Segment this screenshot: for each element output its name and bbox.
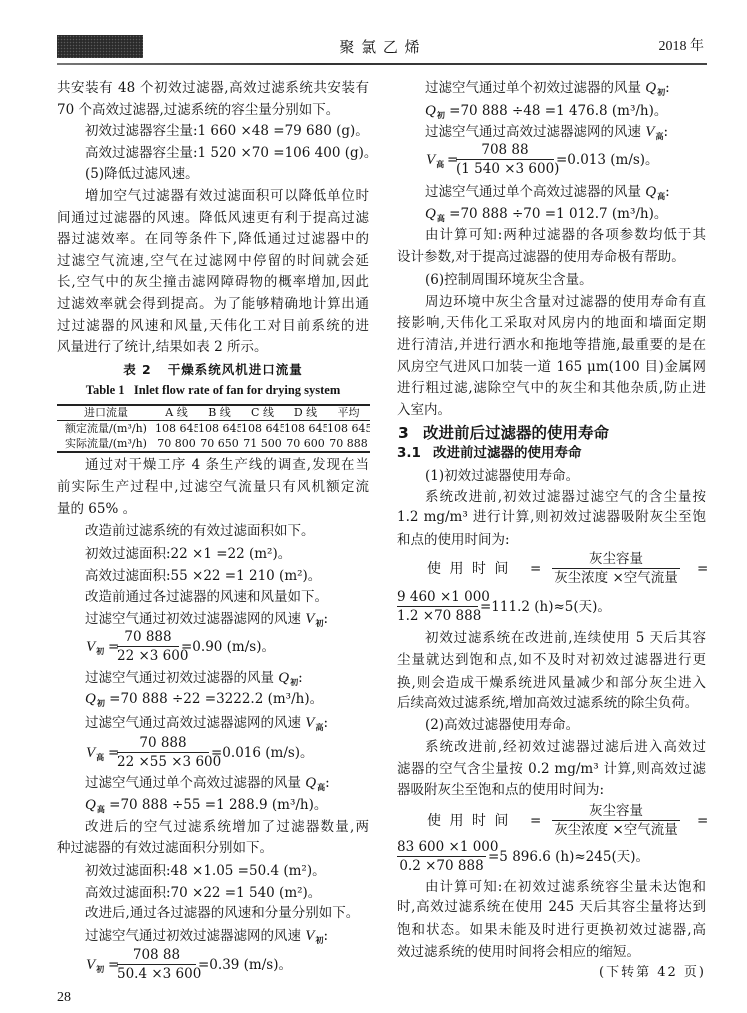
formula-lhs: V高 bbox=[426, 150, 444, 170]
header-cell: 进口流量 bbox=[57, 405, 155, 421]
variable-subscript: 初 bbox=[437, 110, 445, 120]
text-line: 接影响,天伟化工采取对风房内的地面和墙面定期 bbox=[397, 313, 706, 333]
header-cell: B 线 bbox=[198, 405, 241, 421]
denominator: 50.4 ×3 600 bbox=[117, 966, 196, 983]
fraction-bar bbox=[117, 752, 209, 753]
q-gao-equation: Q高 =70 888 ÷70 =1 012.7 (m³/h)。 bbox=[425, 204, 706, 224]
text-line: 效过滤系统的使用时间将会相应的缩短。 bbox=[397, 942, 706, 962]
table-cell: 70 600 bbox=[284, 436, 327, 452]
journal-title: 聚 氯 乙 烯 bbox=[330, 37, 430, 57]
variable-symbol: Q bbox=[85, 691, 96, 707]
text-line: 量的 65% 。 bbox=[57, 499, 369, 519]
text-line: 尘量就达到饱和点,如不及时对初效过滤器进行更 bbox=[397, 650, 706, 670]
formula-lhs: V初 bbox=[86, 955, 104, 975]
subheading-1: (1)初效过滤器使用寿命。 bbox=[425, 466, 706, 486]
fraction-bar bbox=[397, 606, 478, 607]
text-line: 系统改进前,初效过滤器过滤空气的含尘量按 bbox=[425, 487, 706, 507]
text-line: 共安装有 48 个初效过滤器,高效过滤系统共安装有 bbox=[57, 78, 369, 98]
variable-symbol: Q bbox=[305, 775, 316, 791]
table-cell: 108 645 bbox=[241, 421, 284, 437]
variable-subscript: 高 bbox=[657, 191, 665, 201]
fraction-bar bbox=[117, 646, 179, 647]
formula-calc-1: 9 460 ×1 000 1.2 ×70 888 =111.2 (h)≈5(天)… bbox=[0, 589, 747, 625]
variable-symbol: V bbox=[305, 928, 314, 944]
table-caption-en: Table 1 Inlet flow rate of fan for dryin… bbox=[57, 381, 369, 399]
label-colon: : bbox=[323, 928, 328, 944]
equals-sign: = bbox=[697, 811, 708, 831]
variable-subscript: 初 bbox=[290, 677, 298, 687]
variable-symbol: Q bbox=[425, 206, 436, 222]
equals-sign: = bbox=[530, 811, 541, 831]
denominator: 22 ×3 600 bbox=[117, 648, 179, 665]
table-cell: 70 650 bbox=[198, 436, 241, 452]
label-text: 过滤空气通过初效过滤器滤网的风速 bbox=[85, 928, 305, 944]
equals-sign: = bbox=[530, 559, 541, 579]
label-colon: : bbox=[665, 184, 670, 200]
variable-symbol: V bbox=[426, 152, 435, 168]
formula-v-gao: V高 = 708 88 (1 540 ×3 600) =0.013 (m/s)。 bbox=[0, 142, 747, 178]
text-line: 初效过滤系统在改进前,连续使用 5 天后其容 bbox=[425, 628, 706, 648]
text-line: 换,则会造成干燥系统进风量减少和部分灰尘进入 bbox=[397, 673, 706, 693]
numerator: 9 460 ×1 000 bbox=[397, 589, 478, 606]
text-line: 长,空气中的灰尘撞击滤网障碍物的概率增加,因此 bbox=[57, 272, 369, 292]
text-line: 70 个高效过滤器,过滤系统的容尘量分别如下。 bbox=[57, 100, 369, 120]
text-line: 过滤空气流速,空气在过滤网中停留的时间就会延 bbox=[57, 251, 369, 271]
fraction: 708 88 (1 540 ×3 600) bbox=[456, 142, 554, 178]
continued-on-page-note: (下转第 42 页) bbox=[590, 963, 706, 983]
table-header-row: 进口流量 A 线 B 线 C 线 D 线 平均 bbox=[57, 405, 370, 421]
formula-lhs: V初 bbox=[86, 637, 104, 657]
subheading-2: (2)高效过滤器使用寿命。 bbox=[425, 715, 706, 735]
fraction: 灰尘容量 灰尘浓度 ×空气流量 bbox=[552, 551, 680, 587]
formula-calc-2: 83 600 ×1 000 0.2 ×70 888 =5 896.6 (h)≈2… bbox=[0, 839, 747, 875]
journal-page: 聚 氯 乙 烯 2018 年 共安装有 48 个初效过滤器,高效过滤系统共安装有… bbox=[0, 0, 747, 1013]
text-line: 初效过滤器容尘量:1 660 ×48 =79 680 (g)。 bbox=[85, 121, 369, 141]
formula-lhs: V高 bbox=[86, 743, 104, 763]
variable-symbol: Q bbox=[645, 80, 656, 96]
text-line: 改进后,通过各过滤器的风速和分量分别如下。 bbox=[85, 903, 369, 923]
numerator: 70 888 bbox=[117, 735, 209, 752]
formula-result: =111.2 (h)≈5(天)。 bbox=[480, 597, 611, 617]
text-line: 进行清洁,并进行洒水和拖地等措施,最重要的是在 bbox=[397, 335, 706, 355]
row-label: 额定流量/(m³/h) bbox=[57, 421, 155, 437]
q-chu-equation: Q初 =70 888 ÷48 =1 476.8 (m³/h)。 bbox=[425, 101, 706, 121]
text-line: 周边环境中灰尘含量对过滤器的使用寿命有直 bbox=[425, 292, 706, 312]
section-3-number: 3 bbox=[398, 423, 409, 443]
section-3-1-title: 改进前过滤器的使用寿命 bbox=[433, 443, 582, 463]
numerator: 灰尘容量 bbox=[552, 551, 680, 568]
journal-year: 2018 年 bbox=[630, 37, 704, 57]
table-cell: 108 645 bbox=[284, 421, 327, 437]
variable-subscript: 高 bbox=[437, 213, 445, 223]
label-colon: : bbox=[663, 124, 668, 140]
q-chu-flow-label: 过滤空气通过单个初效过滤器的风量 Q初: bbox=[425, 78, 706, 98]
formula-result: =5 896.6 (h)≈245(天)。 bbox=[488, 847, 649, 867]
label-text: 过滤空气通过单个高效过滤器的风量 bbox=[85, 775, 305, 791]
equation-expression: =70 888 ÷70 =1 012.7 (m³/h)。 bbox=[445, 206, 668, 222]
formula-result: =0.016 (m/s)。 bbox=[211, 743, 314, 763]
variable-symbol: V bbox=[86, 957, 95, 973]
fraction: 灰尘容量 灰尘浓度 ×空气流量 bbox=[552, 803, 680, 839]
denominator: 1.2 ×70 888 bbox=[397, 608, 478, 625]
text-line: 1.2 mg/m³ 进行计算,则初效过滤器吸附灰尘至饱 bbox=[397, 507, 706, 527]
equation-expression: =70 888 ÷22 =3222.2 (m³/h)。 bbox=[105, 691, 323, 707]
fraction-bar bbox=[552, 568, 680, 569]
variable-subscript: 高 bbox=[436, 159, 444, 169]
text-line: 由计算可知:在初效过滤系统容尘量未达饱和 bbox=[425, 877, 706, 897]
table-cell: 108 645 bbox=[198, 421, 241, 437]
text-line: 器过滤效率。在同等条件下,降低通过过滤器中的 bbox=[57, 229, 369, 249]
variable-symbol: Q bbox=[278, 670, 289, 686]
text-line: 进行粗过滤,滤除空气中的灰尘和其他杂质,防止进 bbox=[397, 378, 706, 398]
formula-result: =0.90 (m/s)。 bbox=[181, 637, 275, 657]
section-3-1-number: 3.1 bbox=[397, 443, 421, 463]
formula-lhs: 使 用 时 间 bbox=[427, 559, 510, 579]
denominator: 灰尘浓度 ×空气流量 bbox=[552, 570, 680, 587]
text-line: 器吸附灰尘至饱和点的使用时间为: bbox=[397, 780, 706, 800]
variable-subscript: 初 bbox=[96, 964, 104, 974]
q-gao-flow-label: 过滤空气通过单个高效过滤器的风量 Q高: bbox=[85, 773, 369, 793]
table-cell: 108 645 bbox=[327, 421, 370, 437]
table-cell: 108 645 bbox=[155, 421, 198, 437]
label-text: 过滤空气通过初效过滤器的风量 bbox=[85, 670, 278, 686]
fraction: 83 600 ×1 000 0.2 ×70 888 bbox=[397, 839, 486, 875]
label-text: 过滤空气通过单个初效过滤器的风量 bbox=[425, 80, 645, 96]
page-number: 28 bbox=[57, 988, 71, 1008]
denominator: 0.2 ×70 888 bbox=[397, 858, 486, 875]
text-line: 过滤效率就会得到提高。为了能够精确地计算出通 bbox=[57, 294, 369, 314]
text-line: 由计算可知:两种过滤器的各项参数均低于其 bbox=[425, 225, 706, 245]
variable-subscript: 初 bbox=[657, 87, 665, 97]
text-line: 高效过滤面积:70 ×22 =1 540 (m²)。 bbox=[85, 883, 369, 903]
label-text: 过滤空气通过高效过滤器滤网的风速 bbox=[85, 715, 305, 731]
v-gao-speed-label: 过滤空气通过高效过滤器滤网的风速 V高: bbox=[85, 713, 369, 733]
text-line: 风量进行了统计,结果如表 2 所示。 bbox=[57, 337, 369, 357]
label-colon: : bbox=[325, 775, 330, 791]
fraction: 9 460 ×1 000 1.2 ×70 888 bbox=[397, 589, 478, 625]
formula-result: =0.39 (m/s)。 bbox=[198, 955, 292, 975]
label-colon: : bbox=[298, 670, 303, 686]
label-colon: : bbox=[665, 80, 670, 96]
q-chu-flow-label: 过滤空气通过初效过滤器的风量 Q初: bbox=[85, 668, 369, 688]
q-chu-equation: Q初 =70 888 ÷22 =3222.2 (m³/h)。 bbox=[85, 689, 369, 709]
variable-symbol: Q bbox=[645, 184, 656, 200]
text-line: 系统改进前,经初效过滤器过滤后进入高效过 bbox=[425, 737, 706, 757]
formula-result: =0.013 (m/s)。 bbox=[556, 150, 659, 170]
table-row: 实际流量/(m³/h) 70 800 70 650 71 500 70 600 … bbox=[57, 436, 370, 452]
text-line: 风房空气进风口加装一道 165 μm(100 目)金属网 bbox=[397, 357, 706, 377]
text-line: 入室内。 bbox=[397, 400, 706, 420]
variable-subscript: 高 bbox=[317, 782, 325, 792]
text-line: 时,高效过滤系统在使用 245 天后其容尘量将达到 bbox=[397, 897, 706, 917]
equation-expression: =70 888 ÷48 =1 476.8 (m³/h)。 bbox=[445, 103, 668, 119]
numerator: 70 888 bbox=[117, 629, 179, 646]
label-colon: : bbox=[323, 715, 328, 731]
table-cell: 70 888 bbox=[327, 436, 370, 452]
header-divider bbox=[57, 63, 707, 65]
label-text: 过滤空气通过高效过滤器滤网的风速 bbox=[425, 124, 645, 140]
formula-lhs: 使 用 时 间 bbox=[427, 811, 510, 831]
formula-service-time-2: 使 用 时 间 = 灰尘容量 灰尘浓度 ×空气流量 = bbox=[0, 803, 747, 839]
text-line: 通过对干燥工序 4 条生产线的调查,发现在当 bbox=[85, 455, 369, 475]
text-line: 间通过过滤器的风速。降低风速更有利于提高过滤 bbox=[57, 208, 369, 228]
section-3-title: 改进前后过滤器的使用寿命 bbox=[423, 423, 609, 443]
fraction-bar bbox=[456, 159, 554, 160]
fraction-bar bbox=[552, 820, 680, 821]
fraction: 70 888 22 ×3 600 bbox=[117, 629, 179, 665]
text-line: 滤器的空气含尘量按 0.2 mg/m³ 计算,则高效过滤 bbox=[397, 759, 706, 779]
text-line: 前实际生产过程中,过滤空气流量只有风机额定流 bbox=[57, 477, 369, 497]
table-cell: 70 800 bbox=[155, 436, 198, 452]
text-line: 过过滤器的风速和风量,天伟化工对目前系统的进 bbox=[57, 316, 369, 336]
numerator: 灰尘容量 bbox=[552, 803, 680, 820]
equals-sign: = bbox=[697, 559, 708, 579]
v-chu-speed-label-2: 过滤空气通过初效过滤器滤网的风速 V初: bbox=[85, 926, 369, 946]
row-label: 实际流量/(m³/h) bbox=[57, 436, 155, 452]
fraction-bar bbox=[397, 856, 486, 857]
variable-symbol: V bbox=[86, 745, 95, 761]
header-cell: C 线 bbox=[241, 405, 284, 421]
numerator: 83 600 ×1 000 bbox=[397, 839, 486, 856]
table-row: 额定流量/(m³/h) 108 645 108 645 108 645 108 … bbox=[57, 421, 370, 437]
denominator: 22 ×55 ×3 600 bbox=[117, 754, 209, 771]
subheading-6: (6)控制周围环境灰尘含量。 bbox=[425, 270, 706, 290]
table-cell: 71 500 bbox=[241, 436, 284, 452]
header-cell: D 线 bbox=[284, 405, 327, 421]
numerator: 708 88 bbox=[456, 142, 554, 159]
numerator: 708 88 bbox=[117, 947, 196, 964]
text-line: 设计参数,对于提高过滤器的使用寿命极有帮助。 bbox=[397, 247, 706, 267]
inlet-flow-table: 进口流量 A 线 B 线 C 线 D 线 平均 额定流量/(m³/h) 108 … bbox=[57, 404, 370, 453]
formula-service-time-1: 使 用 时 间 = 灰尘容量 灰尘浓度 ×空气流量 = bbox=[0, 551, 747, 587]
text-line: 后续高效过滤系统,增加高效过滤系统的除尘负荷。 bbox=[397, 693, 706, 713]
variable-subscript: 初 bbox=[97, 698, 105, 708]
variable-symbol: V bbox=[86, 639, 95, 655]
variable-symbol: V bbox=[645, 124, 654, 140]
variable-subscript: 初 bbox=[96, 646, 104, 656]
text-line: 饱和状态。如果未能及时进行更换初效过滤器,高 bbox=[397, 920, 706, 940]
text-line: 改造前过滤系统的有效过滤面积如下。 bbox=[85, 521, 369, 541]
denominator: (1 540 ×3 600) bbox=[456, 161, 554, 178]
variable-subscript: 高 bbox=[96, 752, 104, 762]
text-line: 和点的使用时间为: bbox=[397, 530, 706, 550]
variable-symbol: Q bbox=[425, 103, 436, 119]
fraction: 70 888 22 ×55 ×3 600 bbox=[117, 735, 209, 771]
variable-symbol: V bbox=[305, 715, 314, 731]
q-gao-flow-label: 过滤空气通过单个高效过滤器的风量 Q高: bbox=[425, 182, 706, 202]
fraction: 708 88 50.4 ×3 600 bbox=[117, 947, 196, 983]
label-text: 过滤空气通过单个高效过滤器的风量 bbox=[425, 184, 645, 200]
header-cell: A 线 bbox=[155, 405, 198, 421]
v-gao-speed-label: 过滤空气通过高效过滤器滤网的风速 V高: bbox=[425, 122, 706, 142]
header-cell: 平均 bbox=[327, 405, 370, 421]
text-line: 增加空气过滤器有效过滤面积可以降低单位时 bbox=[85, 186, 369, 206]
fraction-bar bbox=[117, 964, 196, 965]
table-caption-cn: 表 2 干燥系统风机进口流量 bbox=[57, 361, 369, 379]
denominator: 灰尘浓度 ×空气流量 bbox=[552, 822, 680, 839]
header-logo-block bbox=[57, 35, 143, 58]
